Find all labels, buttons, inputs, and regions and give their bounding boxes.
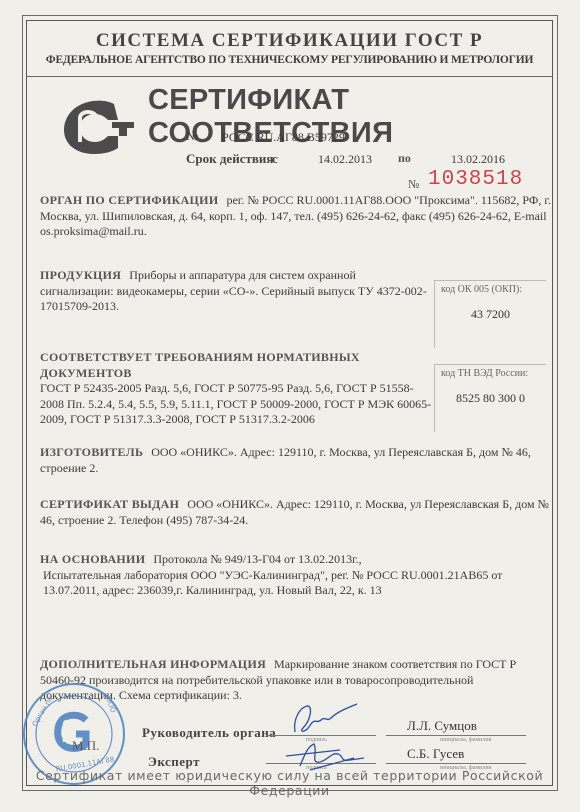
tnved-code-label: код ТН ВЭД России: <box>441 368 528 379</box>
basis-line1: Протокола № 949/13-Г04 от 13.02.2013г., <box>153 552 361 566</box>
basis-section: НА ОСНОВАНИИПротокола № 949/13-Г04 от 13… <box>40 552 552 599</box>
certificate-title: СЕРТИФИКАТ СООТВЕТСТВИЯ <box>148 84 580 150</box>
issued-to-heading: СЕРТИФИКАТ ВЫДАН <box>40 497 179 511</box>
requirements-heading: СООТВЕТСТВУЕТ ТРЕБОВАНИЯМ НОРМАТИВНЫХ ДО… <box>40 350 424 381</box>
head-of-body-label: Руководитель органа <box>142 725 276 741</box>
okp-code-label: код ОК 005 (ОКП): <box>441 284 522 295</box>
head-name-line <box>386 735 526 736</box>
okp-code-box: код ОК 005 (ОКП): 43 7200 <box>434 280 546 348</box>
product-section: ПРОДУКЦИЯПриборы и аппаратура для систем… <box>40 268 432 315</box>
head-signature-icon <box>285 700 365 740</box>
requirements-section: СООТВЕТСТВУЕТ ТРЕБОВАНИЯМ НОРМАТИВНЫХ ДО… <box>40 350 432 428</box>
manufacturer-heading: ИЗГОТОВИТЕЛЬ <box>40 445 143 459</box>
validity-label: Срок действия <box>186 151 273 167</box>
additional-info-heading: ДОПОЛНИТЕЛЬНАЯ ИНФОРМАЦИЯ <box>40 657 266 671</box>
reg-number-label: № <box>186 128 198 144</box>
tnved-code-value: 8525 80 300 0 <box>435 391 546 406</box>
basis-line2: Испытательная лаборатория ООО "УЭС-Калин… <box>40 568 552 599</box>
certification-body-heading: ОРГАН ПО СЕРТИФИКАЦИИ <box>40 193 218 207</box>
expert-name: С.Б. Гусев <box>407 746 464 762</box>
head-name: Л.Л. Сумцов <box>407 718 477 734</box>
legal-validity-note: Сертификат имеет юридическую силу на все… <box>26 768 553 798</box>
basis-heading: НА ОСНОВАНИИ <box>40 552 145 566</box>
manufacturer-section: ИЗГОТОВИТЕЛЬООО «ОНИКС». Адрес: 129110, … <box>40 445 552 476</box>
expert-signature-icon <box>280 738 370 772</box>
validity-from-label: с <box>272 151 278 167</box>
validity-to-label: по <box>398 151 411 166</box>
seal-label: М.П. <box>72 738 99 754</box>
header-divider <box>26 76 553 77</box>
svg-text:ООО: ООО <box>104 696 117 715</box>
system-title: СИСТЕМА СЕРТИФИКАЦИИ ГОСТ Р <box>26 30 553 52</box>
blank-number-label: № <box>408 177 419 192</box>
okp-code-value: 43 7200 <box>435 307 546 322</box>
svg-text:Орган по: Орган по <box>31 695 55 728</box>
requirements-text: ГОСТ Р 52435-2005 Разд. 5,6, ГОСТ Р 5077… <box>40 381 432 428</box>
tnved-code-box: код ТН ВЭД России: 8525 80 300 0 <box>434 364 546 432</box>
rst-logo-icon <box>62 100 140 156</box>
product-heading: ПРОДУКЦИЯ <box>40 268 121 282</box>
expert-name-line <box>386 763 526 764</box>
head-name-caption: инициалы, фамилия <box>440 737 491 743</box>
reg-number: РОСС RU.АГ88.В59729 <box>222 130 345 145</box>
validity-to-date: 13.02.2016 <box>451 152 505 167</box>
certification-body-section: ОРГАН ПО СЕРТИФИКАЦИИрег. № РОСС RU.0001… <box>40 193 552 240</box>
issued-to-section: СЕРТИФИКАТ ВЫДАНООО «ОНИКС». Адрес: 1291… <box>40 497 552 528</box>
blank-number: 1038518 <box>428 168 523 191</box>
agency-name: ФЕДЕРАЛЬНОЕ АГЕНТСТВО ПО ТЕХНИЧЕСКОМУ РЕ… <box>26 54 553 66</box>
validity-from-date: 14.02.2013 <box>318 152 372 167</box>
